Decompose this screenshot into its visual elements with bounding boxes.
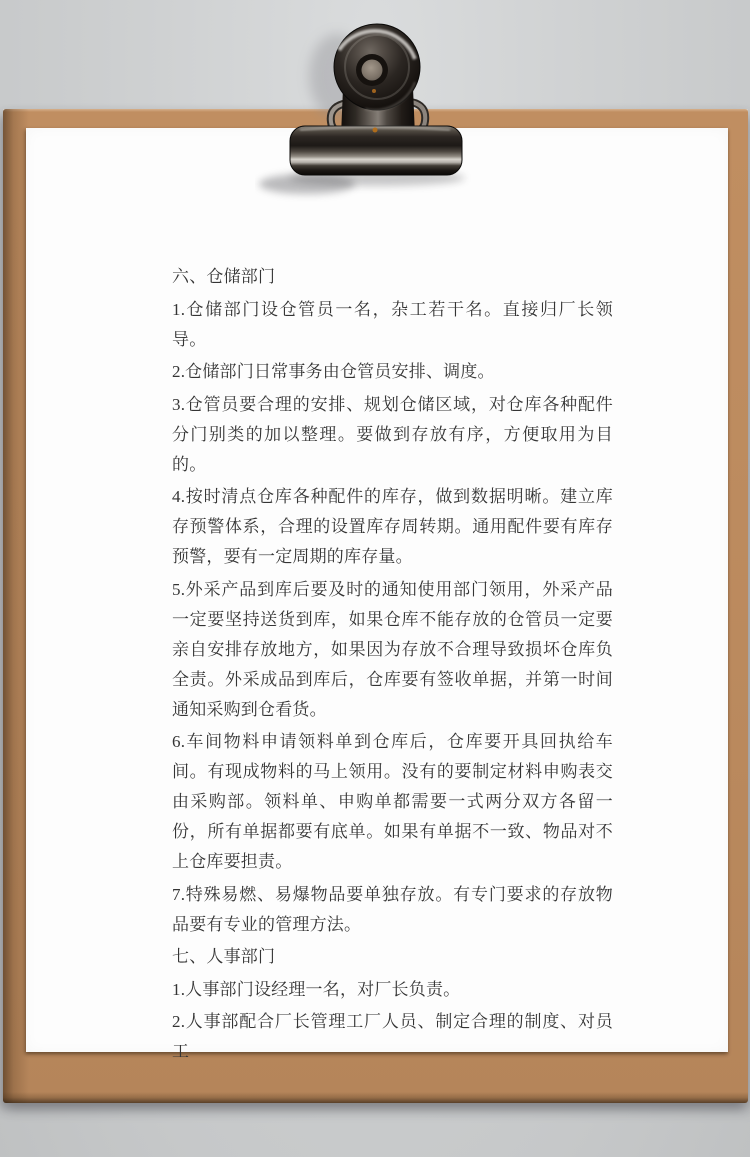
clip-glint [373, 128, 378, 133]
section-heading-warehouse: 六、仓储部门 [172, 262, 613, 292]
doc-paragraph: 5.外采产品到库后要及时的通知使用部门领用，外采产品一定要坚持送货到库，如果仓库… [172, 575, 613, 725]
doc-paragraph: 7.特殊易燃、易爆物品要单独存放。有专门要求的存放物品要有专业的管理方法。 [172, 880, 613, 940]
scene: 六、仓储部门 1.仓储部门设仓管员一名，杂工若干名。直接归厂长领导。 2.仓储部… [0, 0, 750, 1157]
clip-hole [362, 60, 383, 81]
section-heading-personnel: 七、人事部门 [172, 942, 613, 972]
clip-shadow [259, 174, 355, 194]
board-bottom-edge [3, 1092, 748, 1103]
doc-paragraph: 6.车间物料申请领料单到仓库后，仓库要开具回执给车间。有现成物料的马上领用。没有… [172, 727, 613, 877]
clip-bar [290, 126, 462, 175]
doc-paragraph: 3.仓管员要合理的安排、规划仓储区域，对仓库各种配件分门别类的加以整理。要做到存… [172, 390, 613, 480]
doc-paragraph: 1.人事部门设经理一名，对厂长负责。 [172, 975, 613, 1005]
doc-paragraph: 2.仓储部门日常事务由仓管员安排、调度。 [172, 357, 613, 387]
doc-paragraph: 2.人事部配合厂长管理工厂人员、制定合理的制度、对员工 [172, 1007, 613, 1067]
document-text: 六、仓储部门 1.仓储部门设仓管员一名，杂工若干名。直接归厂长领导。 2.仓储部… [172, 262, 613, 1070]
binder-clip [255, 4, 495, 204]
doc-paragraph: 4.按时清点仓库各种配件的库存，做到数据明晰。建立库存预警体系，合理的设置库存周… [172, 482, 613, 572]
doc-paragraph: 1.仓储部门设仓管员一名，杂工若干名。直接归厂长领导。 [172, 295, 613, 355]
clipboard-board: 六、仓储部门 1.仓储部门设仓管员一名，杂工若干名。直接归厂长领导。 2.仓储部… [3, 109, 748, 1103]
clip-glint [372, 89, 376, 93]
paper-sheet: 六、仓储部门 1.仓储部门设仓管员一名，杂工若干名。直接归厂长领导。 2.仓储部… [26, 128, 728, 1052]
